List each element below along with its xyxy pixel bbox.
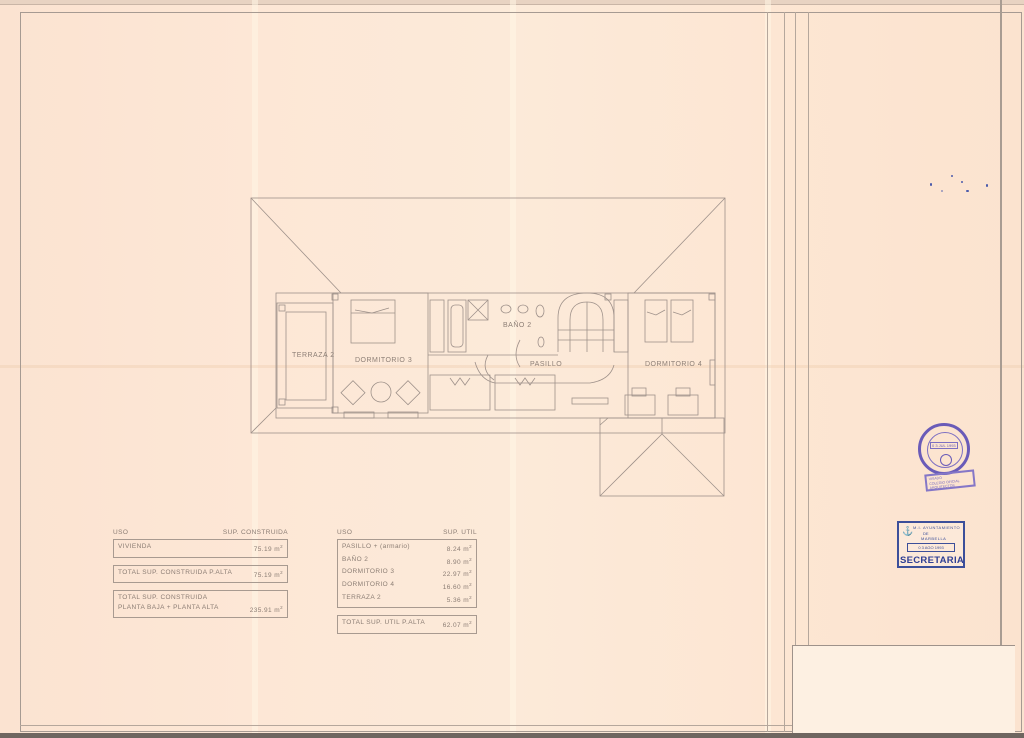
total-util-value: 62.07 xyxy=(443,622,461,629)
stamp-line3: MARBELLA xyxy=(921,536,946,541)
cell-uso: TERRAZA 2 xyxy=(342,593,381,606)
cell-uso: DORMITORIO 4 xyxy=(342,580,394,593)
row-total-alta: TOTAL SUP. CONSTRUIDA P.ALTA 75.19 m2 xyxy=(113,565,288,584)
seal-icon xyxy=(940,454,952,466)
total-all-value: 235.91 xyxy=(250,607,272,614)
total-all-label-2: PLANTA BAJA + PLANTA ALTA xyxy=(118,603,219,616)
table-superficie-util: USO SUP. UTIL PASILLO + (armario) 8.24 m… xyxy=(337,529,477,641)
anchor-icon: ⚓ xyxy=(902,527,913,536)
total-util-label: TOTAL SUP. UTIL P.ALTA xyxy=(342,618,425,631)
unit-exp: 2 xyxy=(280,605,283,610)
stamp-date: 0 3 AGO 1993 xyxy=(907,543,955,552)
unit-exp: 2 xyxy=(469,557,472,562)
blueprint-sheet: TERRAZA 2 DORMITORIO 3 BAÑO 2 PASILLO DO… xyxy=(0,0,1024,738)
cell-uso: VIVIENDA xyxy=(118,542,152,555)
cell-uso: BAÑO 2 xyxy=(342,555,368,568)
header-sup-util: SUP. UTIL xyxy=(443,529,477,536)
header-uso: USO xyxy=(337,529,352,536)
floor-plan xyxy=(0,0,1024,738)
room-label-terraza-2: TERRAZA 2 xyxy=(292,352,335,359)
total-all-label-1: TOTAL SUP. CONSTRUIDA xyxy=(118,593,207,603)
room-label-bano-2: BAÑO 2 xyxy=(503,322,532,329)
total-alta-value: 75.19 xyxy=(254,572,272,579)
table-row: TERRAZA 2 5.36 m2 xyxy=(342,593,472,606)
room-label-dormitorio-4: DORMITORIO 4 xyxy=(645,361,702,368)
row-total-all: TOTAL SUP. CONSTRUIDA PLANTA BAJA + PLAN… xyxy=(113,590,288,618)
row-vivienda: VIVIENDA 75.19 m2 xyxy=(113,539,288,558)
header-sup-construida: SUP. CONSTRUIDA xyxy=(223,529,288,536)
total-alta-label: TOTAL SUP. CONSTRUIDA P.ALTA xyxy=(118,568,232,581)
cell-value: 22.97 xyxy=(443,571,461,578)
header-uso: USO xyxy=(113,529,128,536)
room-label-dormitorio-3: DORMITORIO 3 xyxy=(355,357,412,364)
room-label-pasillo: PASILLO xyxy=(530,361,562,368)
cell-value: 16.60 xyxy=(443,584,461,591)
cell-uso: DORMITORIO 3 xyxy=(342,567,394,580)
unit-exp: 2 xyxy=(469,544,472,549)
table-row: DORMITORIO 4 16.60 m2 xyxy=(342,580,472,593)
round-stamp: 0 3 JUL 1993 xyxy=(918,423,970,475)
unit-exp: 2 xyxy=(469,582,472,587)
unit-exp: 2 xyxy=(280,544,283,549)
util-rows: PASILLO + (armario) 8.24 m2 BAÑO 2 8.90 … xyxy=(337,539,477,608)
table-row: BAÑO 2 8.90 m2 xyxy=(342,555,472,568)
round-stamp-date: 0 3 JUL 1993 xyxy=(930,442,958,449)
unit-exp: 2 xyxy=(280,570,283,575)
bottom-edge xyxy=(0,733,1024,738)
unit-exp: 2 xyxy=(469,595,472,600)
unit-exp: 2 xyxy=(469,569,472,574)
cell-value: 5.36 xyxy=(447,597,461,604)
stamp-line1: M.I. AYUNTAMIENTO xyxy=(913,525,960,530)
cell-uso: PASILLO + (armario) xyxy=(342,542,410,555)
cell-value: 75.19 xyxy=(254,546,272,553)
secretaria-stamp: ⚓ M.I. AYUNTAMIENTO DE MARBELLA 0 3 AGO … xyxy=(897,521,965,568)
stamp-label: SECRETARIA xyxy=(900,555,964,566)
table-row: PASILLO + (armario) 8.24 m2 xyxy=(342,542,472,555)
cell-value: 8.90 xyxy=(447,559,461,566)
row-total-util: TOTAL SUP. UTIL P.ALTA 62.07 m2 xyxy=(337,615,477,634)
table-row: DORMITORIO 3 22.97 m2 xyxy=(342,567,472,580)
table-superficie-construida: USO SUP. CONSTRUIDA VIVIENDA 75.19 m2 TO… xyxy=(113,529,288,625)
cell-value: 8.24 xyxy=(447,546,461,553)
unit-exp: 2 xyxy=(469,620,472,625)
